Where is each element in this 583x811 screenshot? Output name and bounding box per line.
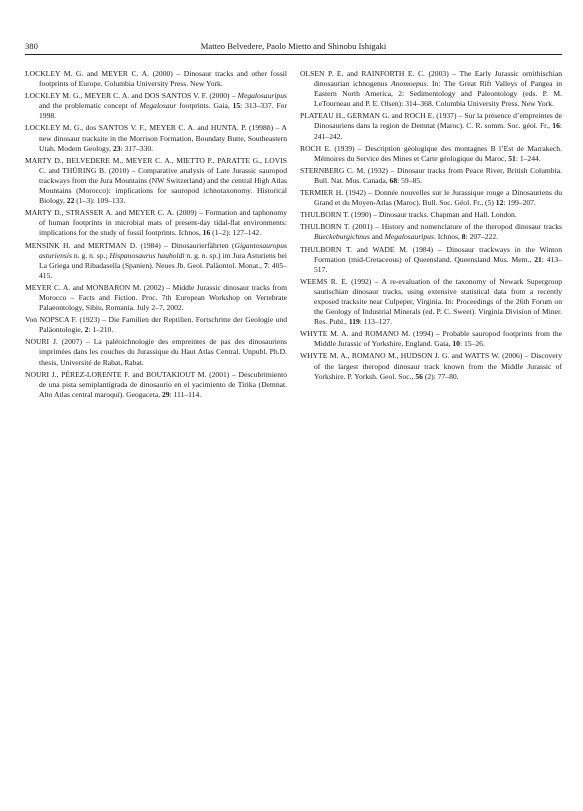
reference-text: footprints. Gaia, <box>176 101 232 110</box>
reference-text: : 59–85. <box>397 176 422 185</box>
reference-text: MARTY D., BELVEDERE M., MEYER C. A., MIE… <box>25 156 287 205</box>
reference-text: STERNBERG C. M. (1932) – Dinosaur tracks… <box>300 166 562 185</box>
italic-taxon: Anomoepus <box>391 79 426 88</box>
reference-text: : 317–330. <box>121 144 154 153</box>
italic-taxon: Megalosaur <box>140 101 177 110</box>
reference-text: LOCKLEY M. G., dos SANTOS V. F., MEYER C… <box>25 123 267 132</box>
reference-text: and the problematic concept of <box>39 101 140 110</box>
reference-text: and <box>370 232 385 241</box>
reference-entry: NOURI J., PÉREZ-LORENTE F. and BOUTAKIOU… <box>25 370 287 400</box>
italic-taxon: Bueckeburgichnus <box>314 232 370 241</box>
reference-text: MEYER C. A. and MONBARON M. (2002) – Mid… <box>25 283 287 312</box>
volume-number: 68 <box>390 176 398 185</box>
reference-text: : 15–26. <box>460 339 485 348</box>
reference-entry: WEEMS R. E. (1992) – A re-evaluation of … <box>300 277 562 327</box>
reference-entry: THULBORN T. and WADE M. (1984) – Dinosau… <box>300 245 562 275</box>
reference-text: : 111–114. <box>170 390 202 399</box>
reference-entry: NOURI J. (2007) – La paléoichnologie des… <box>25 337 287 367</box>
volume-number: 10 <box>452 339 460 348</box>
reference-text: . Ichnos, <box>434 232 462 241</box>
running-title: Matteo Belvedere, Paolo Mietto and Shino… <box>25 40 562 52</box>
reference-entry: MENSINK H. and MERTMAN D. (1984) – Dinos… <box>25 241 287 281</box>
italic-taxon: Megalosauripus <box>385 232 434 241</box>
page-header: 380 Matteo Belvedere, Paolo Mietto and S… <box>25 38 562 55</box>
reference-text: (1–3): 109–133. <box>74 196 125 205</box>
italic-taxon: Hispanosaurus hauboldi <box>110 251 185 260</box>
reference-entry: MARTY D., STRASSER A. and MEYER C. A. (2… <box>25 208 287 238</box>
reference-entry: LOCKLEY M. G., MEYER C. A. and DOS SANTO… <box>25 91 287 121</box>
volume-number: 21 <box>534 255 542 264</box>
reference-text: : 1–244. <box>516 154 541 163</box>
reference-text: THULBORN T. (2001) – History and nomencl… <box>300 222 562 231</box>
reference-entry: WHYTE M. A. and ROMANO M. (1994) – Proba… <box>300 329 562 349</box>
reference-text: WEEMS R. E. (1992) – A re-evaluation of … <box>300 277 562 326</box>
italic-taxon: Megalosauripus <box>238 91 287 100</box>
reference-text: : 1–210. <box>88 325 113 334</box>
reference-text: : 207–222. <box>466 232 499 241</box>
references-column-left: LOCKLEY M. G. and MEYER C. A. (2000) – D… <box>25 69 287 402</box>
reference-text: MENSINK H. and MERTMAN D. (1984) – Dinos… <box>25 241 235 250</box>
reference-text: (1–2): 127–142. <box>210 228 261 237</box>
reference-entry: OLSEN P. E. and RAINFORTH E. C. (2003) –… <box>300 69 562 109</box>
volume-number: 29 <box>162 390 170 399</box>
reference-entry: TERMIER H. (1942) – Donnée nouvelles sur… <box>300 188 562 208</box>
reference-text: THULBORN T. (1990) – Dinosaur tracks. Ch… <box>300 210 517 219</box>
reference-text: NOURI J. (2007) – La paléoichnologie des… <box>25 337 287 366</box>
reference-text: : 199–207. <box>503 198 536 207</box>
reference-text: : 113–127. <box>360 317 392 326</box>
reference-text: LOCKLEY M. G. and MEYER C. A. (2000) – D… <box>25 69 287 88</box>
reference-entry: PLATEAU H., GERMAN G. and ROCH E. (1937)… <box>300 111 562 141</box>
volume-number: 23 <box>113 144 121 153</box>
reference-entry: LOCKLEY M. G. and MEYER C. A. (2000) – D… <box>25 69 287 89</box>
reference-entry: Von NOPSCA F. (1923) – Die Familien der … <box>25 315 287 335</box>
reference-text: THULBORN T. and WADE M. (1984) – Dinosau… <box>300 245 562 264</box>
reference-entry: THULBORN T. (2001) – History and nomencl… <box>300 222 562 242</box>
volume-number: 119 <box>349 317 360 326</box>
reference-text: Von NOPSCA F. (1923) – Die Familien der … <box>25 315 287 334</box>
reference-text: n. g. n. sp.; <box>72 251 110 260</box>
reference-text: LOCKLEY M. G., MEYER C. A. and DOS SANTO… <box>25 91 238 100</box>
reference-entry: STERNBERG C. M. (1932) – Dinosaur tracks… <box>300 166 562 186</box>
reference-entry: ROCH E. (1939) – Description géologique … <box>300 144 562 164</box>
reference-text: PLATEAU H., GERMAN G. and ROCH E. (1937)… <box>300 111 562 130</box>
volume-number: 16 <box>552 121 560 130</box>
reference-text: WHYTE M. A. and ROMANO M. (1994) – Proba… <box>300 329 562 348</box>
reference-entry: MARTY D., BELVEDERE M., MEYER C. A., MIE… <box>25 156 287 206</box>
reference-entry: THULBORN T. (1990) – Dinosaur tracks. Ch… <box>300 210 562 220</box>
volume-number: 56 <box>415 372 423 381</box>
references-column-right: OLSEN P. E. and RAINFORTH E. C. (2003) –… <box>300 69 562 384</box>
reference-entry: MEYER C. A. and MONBARON M. (2002) – Mid… <box>25 283 287 313</box>
reference-text: NOURI J., PÉREZ-LORENTE F. and BOUTAKIOU… <box>25 370 287 399</box>
volume-number: 51 <box>508 154 516 163</box>
reference-text: (2): 77–80. <box>423 372 459 381</box>
reference-entry: LOCKLEY M. G., dos SANTOS V. F., MEYER C… <box>25 123 287 153</box>
reference-entry: WHYTE M. A., ROMANO M., HUDSON J. G. and… <box>300 351 562 381</box>
